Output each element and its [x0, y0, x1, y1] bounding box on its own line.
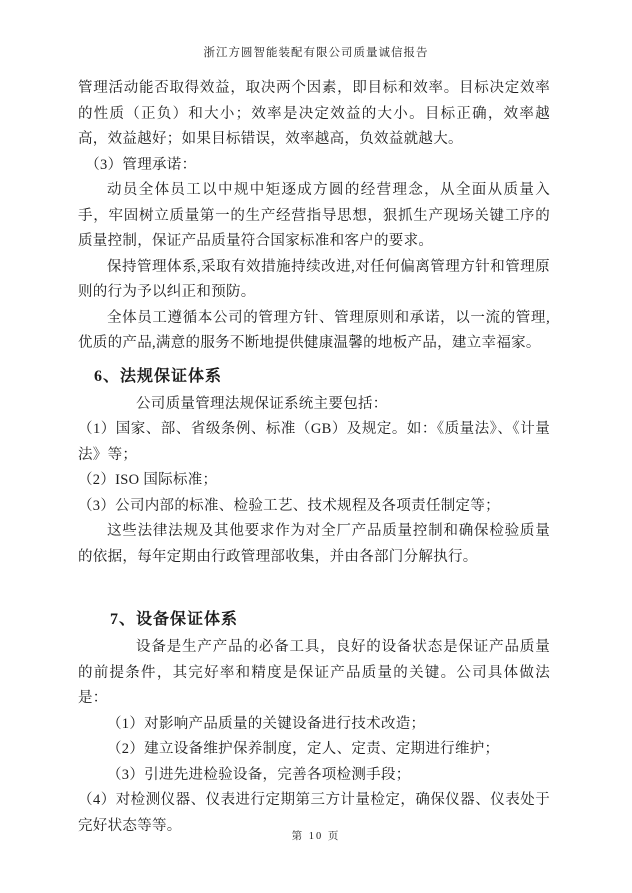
page-number: 第 10 页: [0, 828, 632, 843]
paragraph: 公司质量管理法规保证系统主要包括：: [78, 392, 550, 418]
section-heading: 7、设备保证体系: [78, 607, 550, 633]
paragraph: （1）对影响产品质量的关键设备进行技术改造；: [78, 712, 550, 738]
paragraph: （3）管理承诺：: [78, 153, 550, 179]
paragraph: 全体员工遵循本公司的管理方针、管理原则和承诺，以一流的管理,优质的产品,满意的服…: [78, 306, 550, 357]
paragraph: 保持管理体系,采取有效措施持续改进,对任何偏离管理方针和管理原则的行为予以纠正和…: [78, 255, 550, 306]
section-heading: 6、法规保证体系: [78, 364, 550, 390]
paragraph: 管理活动能否取得效益，取决两个因素，即目标和效率。目标决定效率的性质（正负）和大…: [78, 76, 550, 153]
paragraph: 这些法律法规及其他要求作为对全厂产品质量控制和确保检验质量的依据，每年定期由行政…: [78, 519, 550, 570]
page-header-title: 浙江方圆智能装配有限公司质量诚信报告: [0, 44, 632, 60]
paragraph: （3）公司内部的标准、检验工艺、技术规程及各项责任制定等；: [78, 494, 550, 520]
paragraph: 设备是生产产品的必备工具，良好的设备状态是保证产品质量的前提条件，其完好率和精度…: [78, 635, 550, 712]
document-page: 浙江方圆智能装配有限公司质量诚信报告 管理活动能否取得效益，取决两个因素，即目标…: [0, 0, 632, 893]
paragraph: （3）引进先进检验设备，完善各项检测手段；: [78, 763, 550, 789]
paragraph: （1）国家、部、省级条例、标准（GB）及规定。如：《质量法》、《计量法》等；: [78, 417, 550, 468]
document-body: 管理活动能否取得效益，取决两个因素，即目标和效率。目标决定效率的性质（正负）和大…: [78, 76, 550, 839]
paragraph: （2）建立设备维护保养制度，定人、定责、定期进行维护；: [78, 737, 550, 763]
paragraph: （2）ISO 国际标准；: [78, 468, 550, 494]
paragraph: 动员全体员工以中规中矩逐成方圆的经营理念，从全面从质量入手，牢固树立质量第一的生…: [78, 178, 550, 255]
